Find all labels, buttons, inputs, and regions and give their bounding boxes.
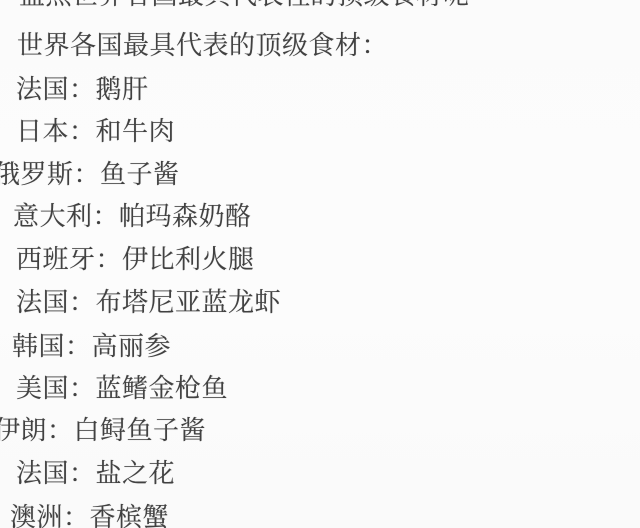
separator-colon: ： xyxy=(96,245,123,275)
list-item-france-fleur-de-sel: 法国：盐之花 xyxy=(16,461,175,488)
separator-colon: ： xyxy=(69,288,96,318)
food-label: 布塔尼亚蓝龙虾 xyxy=(96,288,282,318)
food-label: 帕玛森奶酪 xyxy=(119,202,252,232)
food-label: 和牛肉 xyxy=(96,117,176,147)
list-item-france-foie-gras: 法国：鹅肝 xyxy=(16,77,149,104)
clipped-top-line: 盘点世界各国最具代表性的顶级食材呢 xyxy=(19,0,470,10)
list-item-iran-beluga-caviar: 伊朗：白鲟鱼子酱 xyxy=(0,418,206,445)
country-label: 韩国 xyxy=(12,332,65,362)
country-label: 意大利 xyxy=(13,202,93,232)
separator-colon: ： xyxy=(69,374,96,404)
list-title-text: 世界各国最具代表的顶级食材： xyxy=(17,31,388,61)
article-text-page: 盘点世界各国最具代表性的顶级食材呢 世界各国最具代表的顶级食材： 法国：鹅肝 日… xyxy=(0,0,640,528)
country-label: 伊朗 xyxy=(0,416,47,446)
separator-colon: ： xyxy=(63,503,90,528)
country-label: 法国 xyxy=(16,75,69,105)
list-item-spain-iberian-ham: 西班牙：伊比利火腿 xyxy=(16,247,255,274)
food-label: 香槟蟹 xyxy=(90,503,170,528)
list-title: 世界各国最具代表的顶级食材： xyxy=(17,33,388,60)
separator-colon: ： xyxy=(69,117,96,147)
country-label: 美国 xyxy=(16,374,69,404)
food-label: 高丽参 xyxy=(92,332,172,362)
country-label: 日本 xyxy=(16,117,69,147)
list-item-italy-parmesan: 意大利：帕玛森奶酪 xyxy=(13,204,252,231)
country-label: 西班牙 xyxy=(16,245,96,275)
food-label: 鱼子酱 xyxy=(100,160,180,190)
list-item-usa-bluefin-tuna: 美国：蓝鳍金枪鱼 xyxy=(16,376,228,403)
food-label: 蓝鳍金枪鱼 xyxy=(96,374,229,404)
separator-colon: ： xyxy=(69,459,96,489)
separator-colon: ： xyxy=(69,75,96,105)
list-item-france-blue-lobster: 法国：布塔尼亚蓝龙虾 xyxy=(16,290,281,317)
separator-colon: ： xyxy=(47,416,74,446)
list-item-australia-champagne-crab: 澳洲：香槟蟹 xyxy=(10,505,169,528)
clipped-top-line-text: 盘点世界各国最具代表性的顶级食材呢 xyxy=(19,0,470,11)
list-item-japan-wagyu: 日本：和牛肉 xyxy=(16,119,175,146)
food-label: 盐之花 xyxy=(96,459,176,489)
food-label: 白鲟鱼子酱 xyxy=(74,416,207,446)
food-label: 鹅肝 xyxy=(96,75,149,105)
country-label: 俄罗斯 xyxy=(0,160,74,190)
separator-colon: ： xyxy=(74,160,101,190)
country-label: 法国 xyxy=(16,459,69,489)
separator-colon: ： xyxy=(65,332,92,362)
list-item-russia-caviar: 俄罗斯：鱼子酱 xyxy=(0,162,180,189)
list-item-korea-ginseng: 韩国：高丽参 xyxy=(12,334,171,361)
food-label: 伊比利火腿 xyxy=(122,245,255,275)
separator-colon: ： xyxy=(93,202,120,232)
country-label: 澳洲 xyxy=(10,503,63,528)
country-label: 法国 xyxy=(16,288,69,318)
